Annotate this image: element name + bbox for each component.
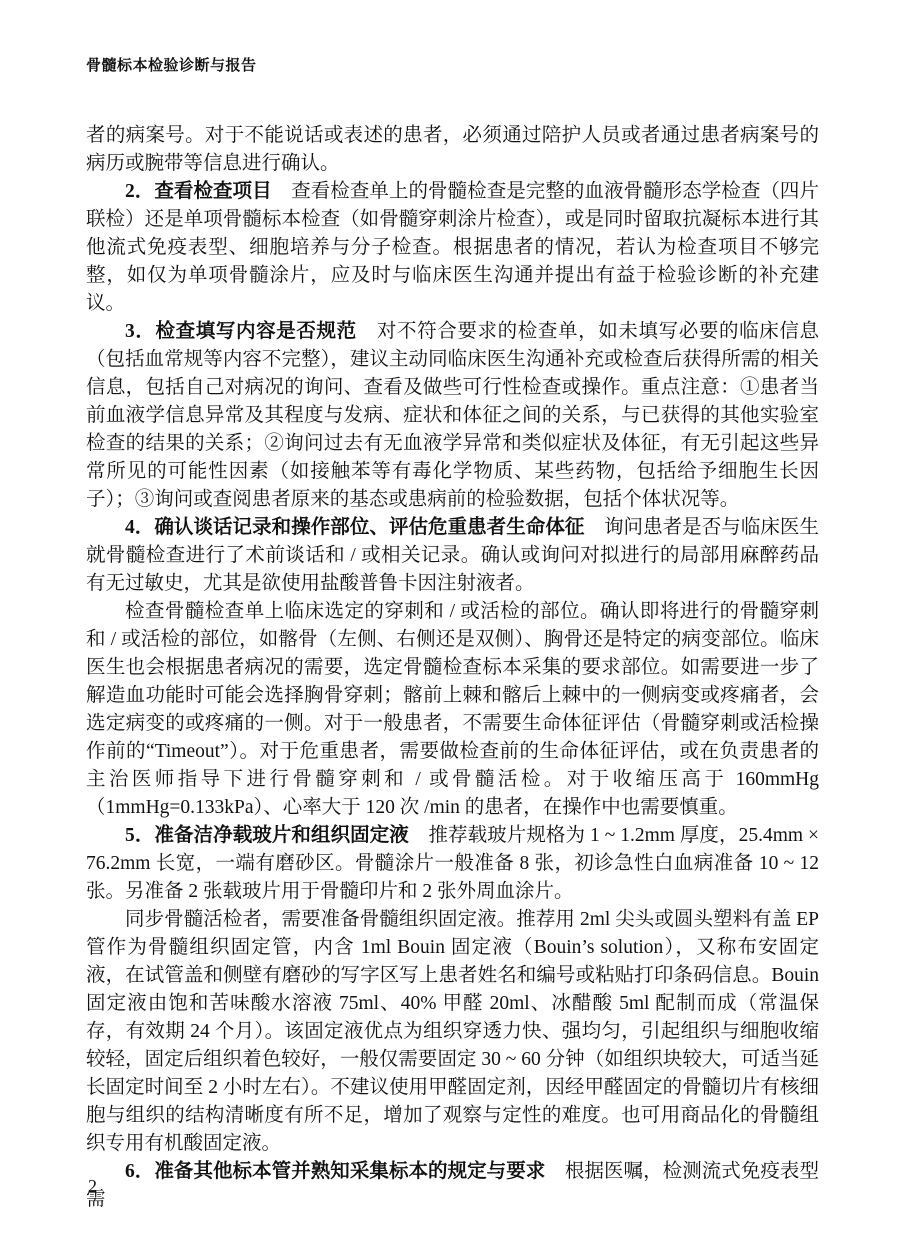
paragraph: 2．查看检查项目 查看检查单上的骨髓检查是完整的血液骨髓形态学检查（四片联检）还…: [86, 178, 819, 318]
page-number: 2: [88, 1176, 97, 1197]
page-body: 者的病案号。对于不能说话或表述的患者，必须通过陪护人员或者通过患者病案号的病历或…: [86, 122, 819, 1214]
running-head: 骨髓标本检验诊断与报告: [86, 54, 257, 75]
section-heading: 6．准备其他标本管并熟知采集标本的规定与要求: [125, 1161, 545, 1182]
section-heading: 3．检查填写内容是否规范: [125, 321, 357, 342]
paragraph-text: 同步骨髓活检者，需要准备骨髓组织固定液。推荐用 2ml 尖头或圆头塑料有盖 EP…: [86, 909, 819, 1154]
paragraph: 同步骨髓活检者，需要准备骨髓组织固定液。推荐用 2ml 尖头或圆头塑料有盖 EP…: [86, 906, 819, 1158]
section-heading: 2．查看检查项目: [125, 181, 272, 202]
paragraph: 6．准备其他标本管并熟知采集标本的规定与要求 根据医嘱，检测流式免疫表型需: [86, 1158, 819, 1214]
paragraph: 检查骨髓检查单上临床选定的穿刺和 / 或活检的部位。确认即将进行的骨髓穿刺和 /…: [86, 598, 819, 822]
section-heading: 5．准备洁净载玻片和组织固定液: [125, 825, 409, 846]
paragraph: 3．检查填写内容是否规范 对不符合要求的检查单，如未填写必要的临床信息（包括血常…: [86, 318, 819, 514]
paragraph-text: 对不符合要求的检查单，如未填写必要的临床信息（包括血常规等内容不完整），建议主动…: [86, 321, 819, 510]
section-heading: 4．确认谈话记录和操作部位、评估危重患者生命体征: [125, 517, 584, 538]
paragraph: 者的病案号。对于不能说话或表述的患者，必须通过陪护人员或者通过患者病案号的病历或…: [86, 122, 819, 178]
paragraph-text: 检查骨髓检查单上临床选定的穿刺和 / 或活检的部位。确认即将进行的骨髓穿刺和 /…: [86, 601, 819, 818]
paragraph: 4．确认谈话记录和操作部位、评估危重患者生命体征 询问患者是否与临床医生就骨髓检…: [86, 514, 819, 598]
paragraph-text: 者的病案号。对于不能说话或表述的患者，必须通过陪护人员或者通过患者病案号的病历或…: [86, 125, 819, 174]
paragraph: 5．准备洁净载玻片和组织固定液 推荐载玻片规格为 1 ~ 1.2mm 厚度，25…: [86, 822, 819, 906]
